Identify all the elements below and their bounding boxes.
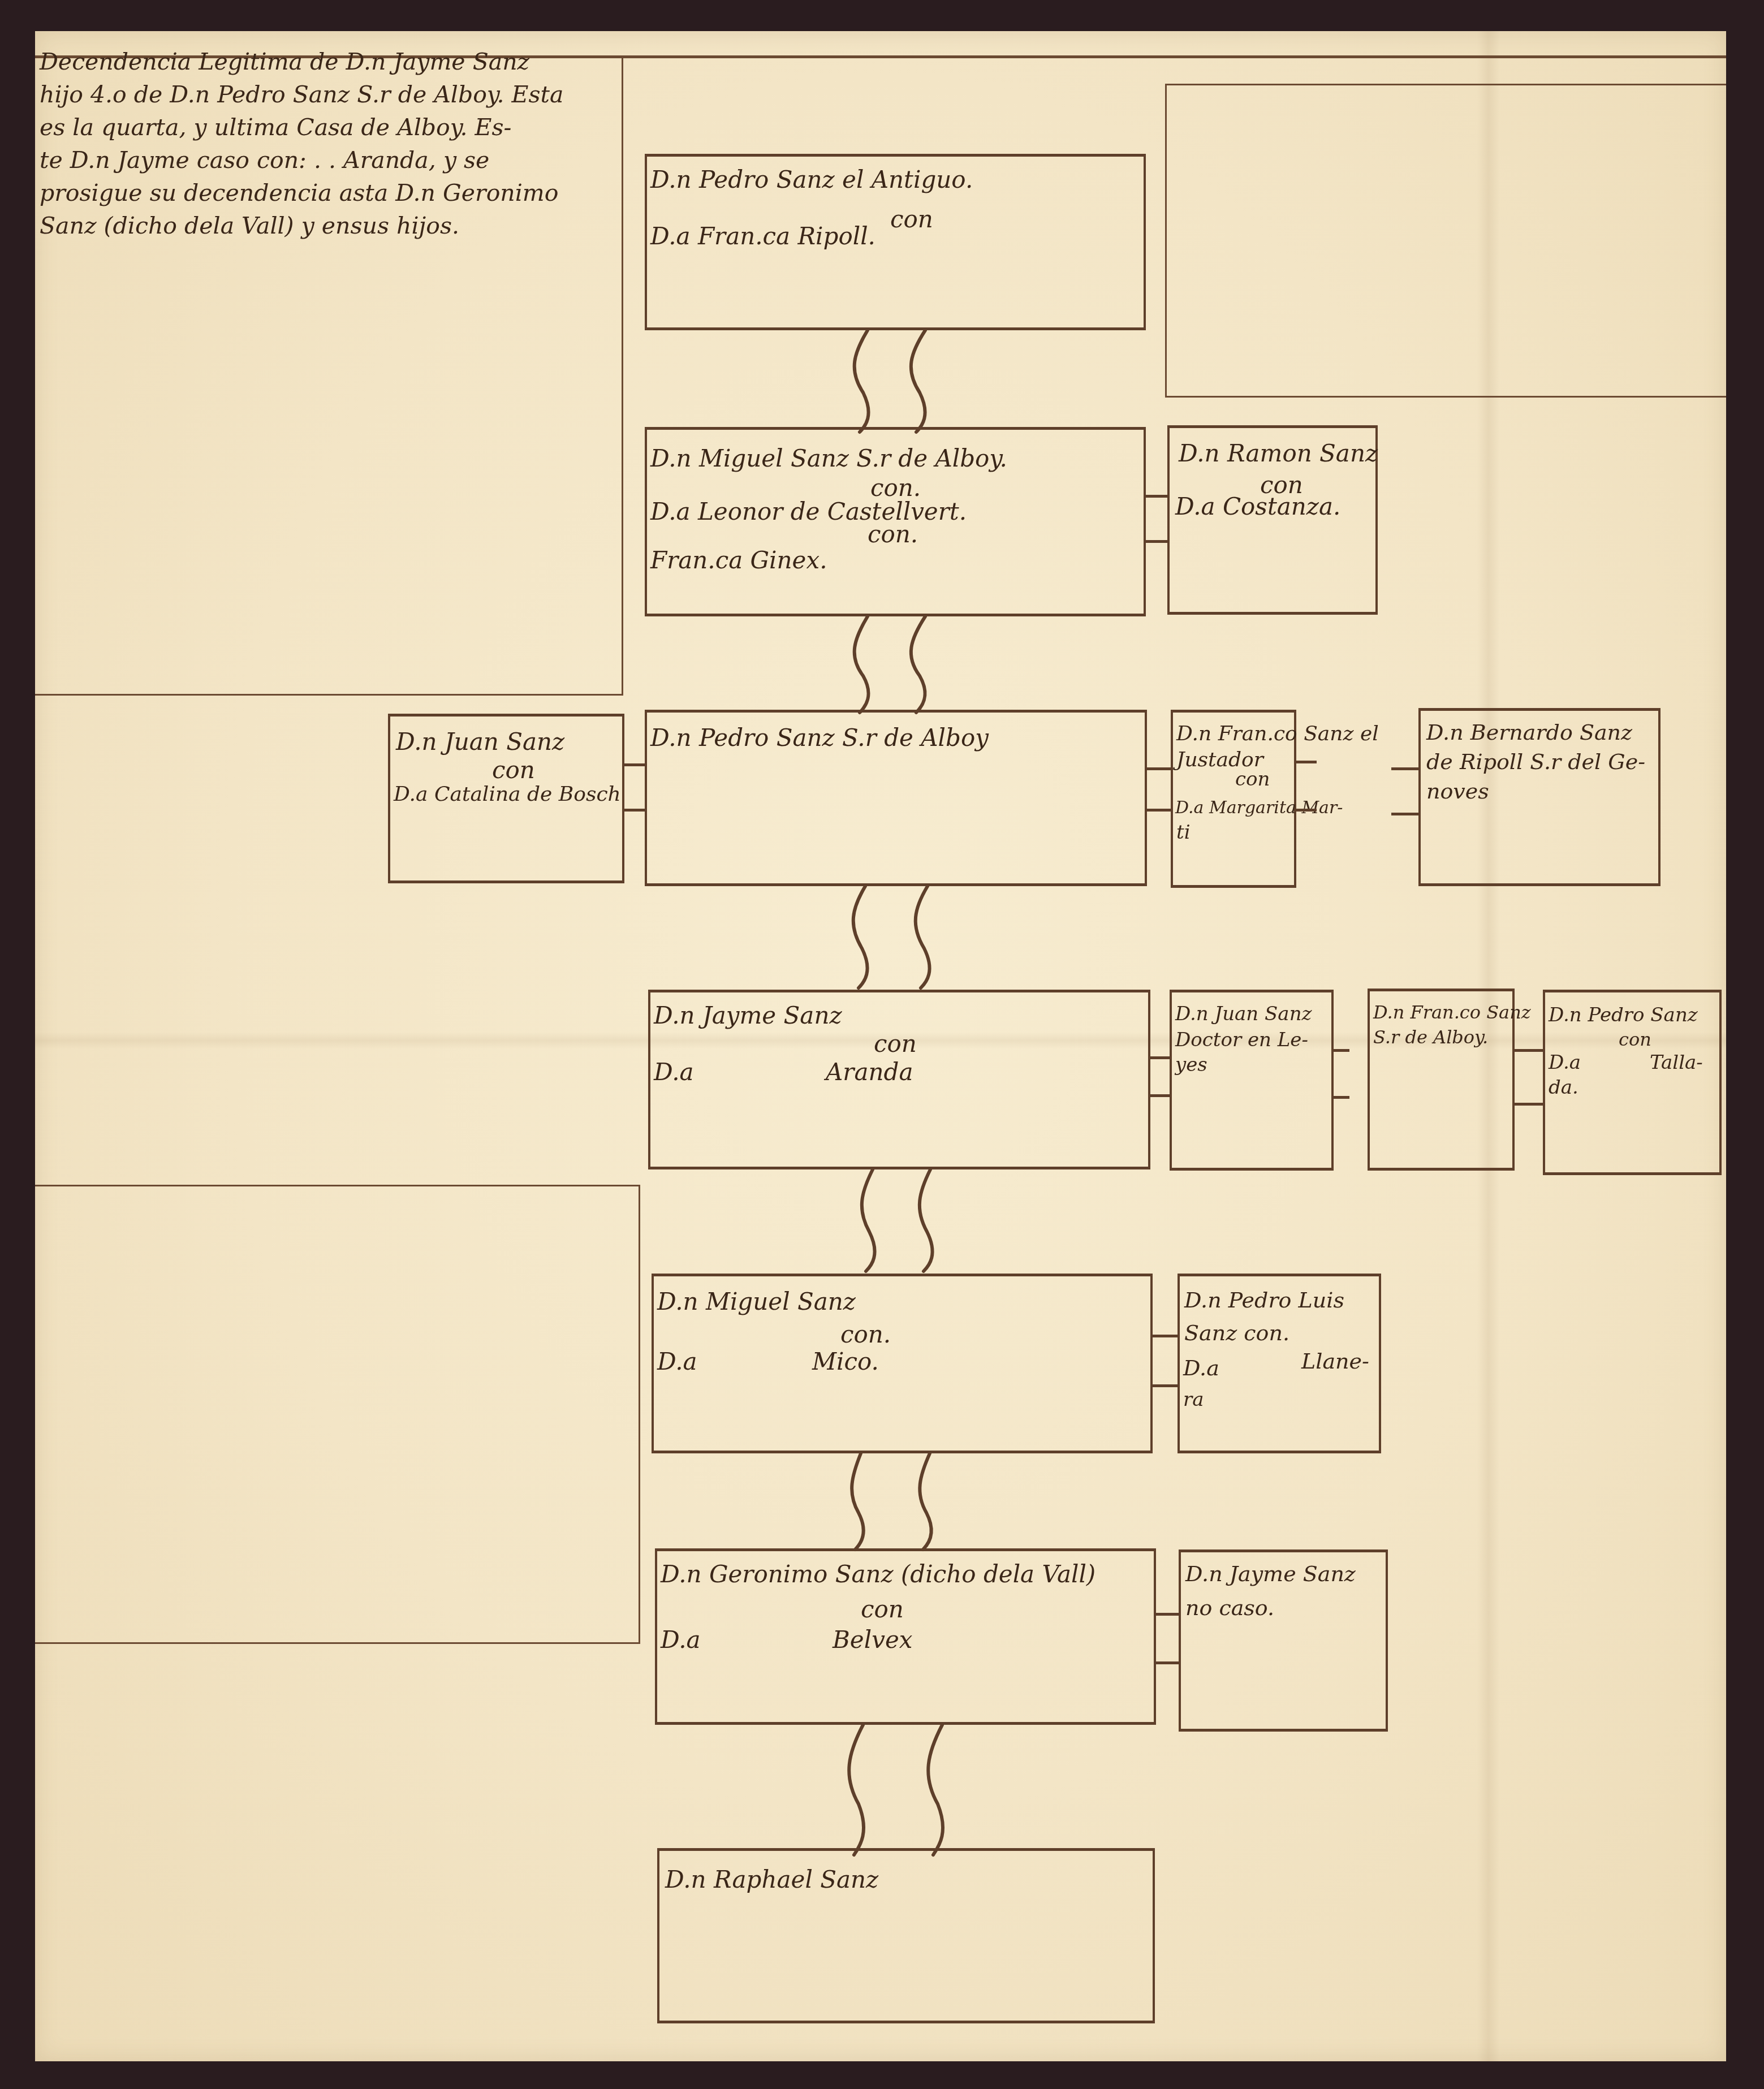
descent-connector: [847, 1453, 949, 1550]
person-box-miguel-sanz[interactable]: D.n Miguel Sanz S.r de Alboy. con. D.a L…: [645, 427, 1146, 616]
person-status: no caso.: [1185, 1596, 1274, 1620]
person-title-cont: noves: [1426, 780, 1489, 804]
sibling-link: [1146, 540, 1168, 543]
spouse-name: Aranda: [826, 1059, 913, 1085]
sibling-link: [1391, 767, 1420, 770]
person-name-cont: Sanz con.: [1184, 1322, 1289, 1345]
spouse-name: Llane-: [1301, 1350, 1369, 1374]
descent-connector: [857, 1169, 947, 1271]
sibling-link: [1296, 809, 1317, 812]
spouse-name: D.a Fran.ca Ripoll.: [650, 223, 875, 249]
person-box-jayme-sanz[interactable]: D.n Jayme Sanz con D.a Aranda: [648, 990, 1150, 1169]
intro-text: Decendencia Legitima de D.n Jayme Sanz h…: [40, 45, 611, 242]
sibling-link: [1150, 1056, 1171, 1059]
person-title-cont: yes: [1175, 1055, 1207, 1076]
person-box-juan-sanz-doctor[interactable]: D.n Juan Sanz Doctor en Le- yes: [1170, 990, 1334, 1171]
descent-connector: [848, 886, 944, 988]
person-name: D.n Juan Sanz: [1175, 1004, 1312, 1025]
intro-line: Sanz (dicho dela Vall) y ensus hijos.: [40, 209, 611, 242]
sibling-link: [1153, 1384, 1179, 1387]
sibling-link: [1150, 1094, 1171, 1097]
person-title: Doctor en Le-: [1175, 1030, 1308, 1051]
sibling-link: [1515, 1103, 1543, 1106]
spouse-name: Belvex: [833, 1627, 912, 1653]
person-box-jayme-sanz-no-caso[interactable]: D.n Jayme Sanz no caso.: [1179, 1550, 1388, 1732]
spouse-name-cont: ra: [1183, 1389, 1204, 1410]
spouse-title: D.a: [1549, 1052, 1581, 1073]
marriage-con: con: [1619, 1030, 1651, 1050]
person-box-pedro-sanz-el-antiguo[interactable]: D.n Pedro Sanz el Antiguo. con D.a Fran.…: [645, 154, 1146, 330]
empty-region-top-right: [1165, 84, 1726, 398]
sibling-link: [1147, 809, 1172, 812]
person-name: D.n Pedro Luis: [1184, 1289, 1344, 1313]
marriage-con: con: [874, 1031, 917, 1057]
spouse-title: D.a: [661, 1627, 701, 1653]
spouse-name-cont: da.: [1549, 1077, 1578, 1098]
empty-region-bottom-left: [35, 1185, 640, 1644]
person-name: D.n Fran.co Sanz el: [1176, 723, 1379, 745]
sibling-link: [1334, 1096, 1349, 1099]
spouse-name: Mico.: [812, 1349, 879, 1375]
spouse-name: Fran.ca Ginex.: [650, 547, 827, 573]
sibling-link: [1515, 1049, 1543, 1052]
spouse-title: D.a: [657, 1349, 697, 1375]
marriage-con: con.: [868, 521, 918, 547]
person-name: D.n Raphael Sanz: [665, 1867, 878, 1893]
person-title: S.r de Alboy.: [1373, 1028, 1488, 1047]
spouse-title: D.a: [654, 1059, 694, 1085]
person-name: D.n Jayme Sanz: [654, 1003, 842, 1029]
spouse-name-cont: ti: [1176, 822, 1191, 843]
marriage-con: con: [1235, 769, 1270, 790]
person-box-geronimo-sanz-dicho-dela-vall[interactable]: D.n Geronimo Sanz (dicho dela Vall) con …: [655, 1548, 1156, 1725]
spouse-name: D.a Costanza.: [1175, 494, 1340, 520]
person-box-pedro-sanz-sr-de-alboy[interactable]: D.n Pedro Sanz S.r de Alboy: [645, 710, 1147, 886]
person-name: D.n Miguel Sanz S.r de Alboy.: [650, 446, 1007, 472]
intro-line: hijo 4.o de D.n Pedro Sanz S.r de Alboy.…: [40, 78, 611, 111]
person-name: D.n Pedro Sanz el Antiguo.: [650, 167, 973, 193]
person-name: D.n Miguel Sanz: [657, 1289, 856, 1315]
sibling-link: [1156, 1661, 1180, 1664]
sibling-link: [624, 763, 645, 766]
person-name: D.n Jayme Sanz: [1185, 1563, 1356, 1586]
spouse-title: D.a: [1183, 1357, 1219, 1380]
person-box-francisco-sanz-sr-de-alboy[interactable]: D.n Fran.co Sanz S.r de Alboy.: [1368, 989, 1515, 1171]
intro-line: te D.n Jayme caso con: . . Aranda, y se: [40, 144, 611, 176]
person-name: D.n Ramon Sanz: [1179, 441, 1378, 467]
spouse-name: D.a Leonor de Castellvert.: [650, 499, 967, 525]
descent-connector: [848, 616, 939, 713]
sibling-link: [1147, 767, 1172, 770]
person-name: D.n Pedro Sanz S.r de Alboy: [650, 725, 989, 751]
sibling-link: [1153, 1335, 1179, 1337]
scan-background-bottom: [0, 2061, 1764, 2089]
intro-line: Decendencia Legitima de D.n Jayme Sanz: [40, 45, 611, 78]
sibling-link: [1296, 761, 1317, 763]
person-box-juan-sanz[interactable]: D.n Juan Sanz con D.a Catalina de Bosch: [388, 714, 624, 883]
person-name: D.n Fran.co Sanz: [1373, 1003, 1531, 1022]
person-title: de Ripoll S.r del Ge-: [1426, 750, 1645, 774]
person-name: D.n Bernardo Sanz: [1426, 721, 1632, 745]
sibling-link: [1391, 813, 1420, 815]
marriage-con: con: [492, 757, 535, 783]
person-name: D.n Geronimo Sanz (dicho dela Vall): [661, 1561, 1096, 1587]
descent-connector: [843, 1725, 956, 1855]
marriage-con: con.: [840, 1322, 891, 1348]
intro-line: prosigue su decendencia asta D.n Geronim…: [40, 176, 611, 209]
intro-line: es la quarta, y ultima Casa de Alboy. Es…: [40, 111, 611, 144]
sibling-link: [1146, 495, 1168, 498]
sibling-link: [1156, 1613, 1180, 1616]
person-name: D.n Juan Sanz: [396, 729, 564, 755]
marriage-con: con: [861, 1596, 904, 1622]
spouse-name: D.a Catalina de Bosch: [394, 783, 621, 806]
person-box-miguel-sanz-mico[interactable]: D.n Miguel Sanz con. D.a Mico.: [652, 1274, 1153, 1453]
descent-connector: [848, 330, 939, 432]
person-box-pedro-luis-sanz[interactable]: D.n Pedro Luis Sanz con. D.a Llane- ra: [1178, 1274, 1381, 1453]
spouse-name: Talla-: [1650, 1052, 1703, 1073]
spouse-name: D.a Margarita Mar-: [1175, 799, 1343, 817]
person-box-francisco-sanz-el-justador[interactable]: D.n Fran.co Sanz el Justador con D.a Mar…: [1171, 710, 1296, 888]
person-box-pedro-sanz-tallada[interactable]: D.n Pedro Sanz con D.a Talla- da.: [1543, 990, 1722, 1175]
marriage-con: con: [890, 206, 933, 232]
person-box-raphael-sanz[interactable]: D.n Raphael Sanz: [657, 1848, 1155, 2023]
person-name: D.n Pedro Sanz: [1549, 1005, 1698, 1026]
sibling-link: [1334, 1049, 1349, 1052]
person-box-ramon-sanz[interactable]: D.n Ramon Sanz con D.a Costanza.: [1167, 425, 1378, 615]
sibling-link: [624, 809, 645, 812]
person-box-bernardo-sanz-de-ripoll[interactable]: D.n Bernardo Sanz de Ripoll S.r del Ge- …: [1418, 708, 1661, 886]
